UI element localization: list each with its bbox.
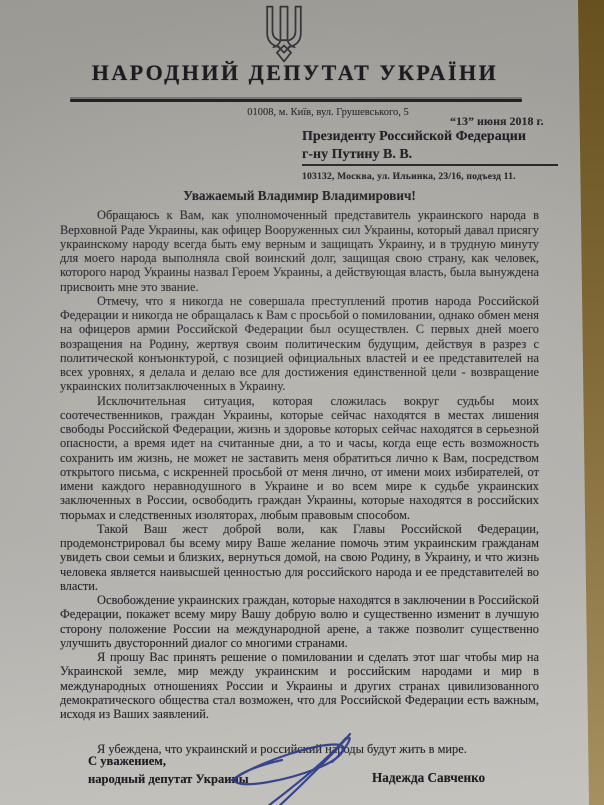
trident-svg: [261, 4, 307, 64]
salutation: Уважаемый Владимир Владимирович!: [60, 189, 539, 203]
recipient-line1: Президенту Российской Федерации: [302, 128, 558, 146]
recipient-line2: г-ну Путину В. В.: [302, 146, 558, 164]
paragraph-1: Обращаюсь к Вам, как уполномоченный пред…: [60, 208, 539, 294]
signer-name: Надежда Савченко: [372, 770, 485, 786]
letter-body: Уважаемый Владимир Владимирович! Обращаю…: [60, 189, 539, 757]
recipient-underline: [302, 164, 558, 166]
letter-date: “13” июня 2018 г.: [450, 114, 544, 129]
letterhead-rule: [70, 99, 522, 102]
paragraph-2: Отмечу, что я никогда не совершала прест…: [60, 294, 539, 394]
recipient-block: Президенту Российской Федерации г-ну Пут…: [302, 128, 558, 186]
recipient-address: 103132, Москва, ул. Ильинка, 23/16, подъ…: [302, 168, 558, 186]
letterhead-title: НАРОДНИЙ ДЕПУТАТ УКРАЇНИ: [0, 60, 590, 86]
paragraph-6: Я прошу Вас принять решение о помиловани…: [60, 650, 539, 721]
paragraph-5: Освобождение украинских граждан, которые…: [60, 593, 539, 650]
paragraph-4: Такой Ваш жест доброй воли, как Главы Ро…: [60, 522, 539, 593]
letter-paper: НАРОДНИЙ ДЕПУТАТ УКРАЇНИ 01008, м. Київ,…: [0, 0, 604, 805]
ukraine-trident-icon: [261, 4, 307, 64]
paragraph-3: Исключительная ситуация, которая сложила…: [60, 394, 539, 522]
handwritten-signature-icon: [224, 733, 374, 805]
